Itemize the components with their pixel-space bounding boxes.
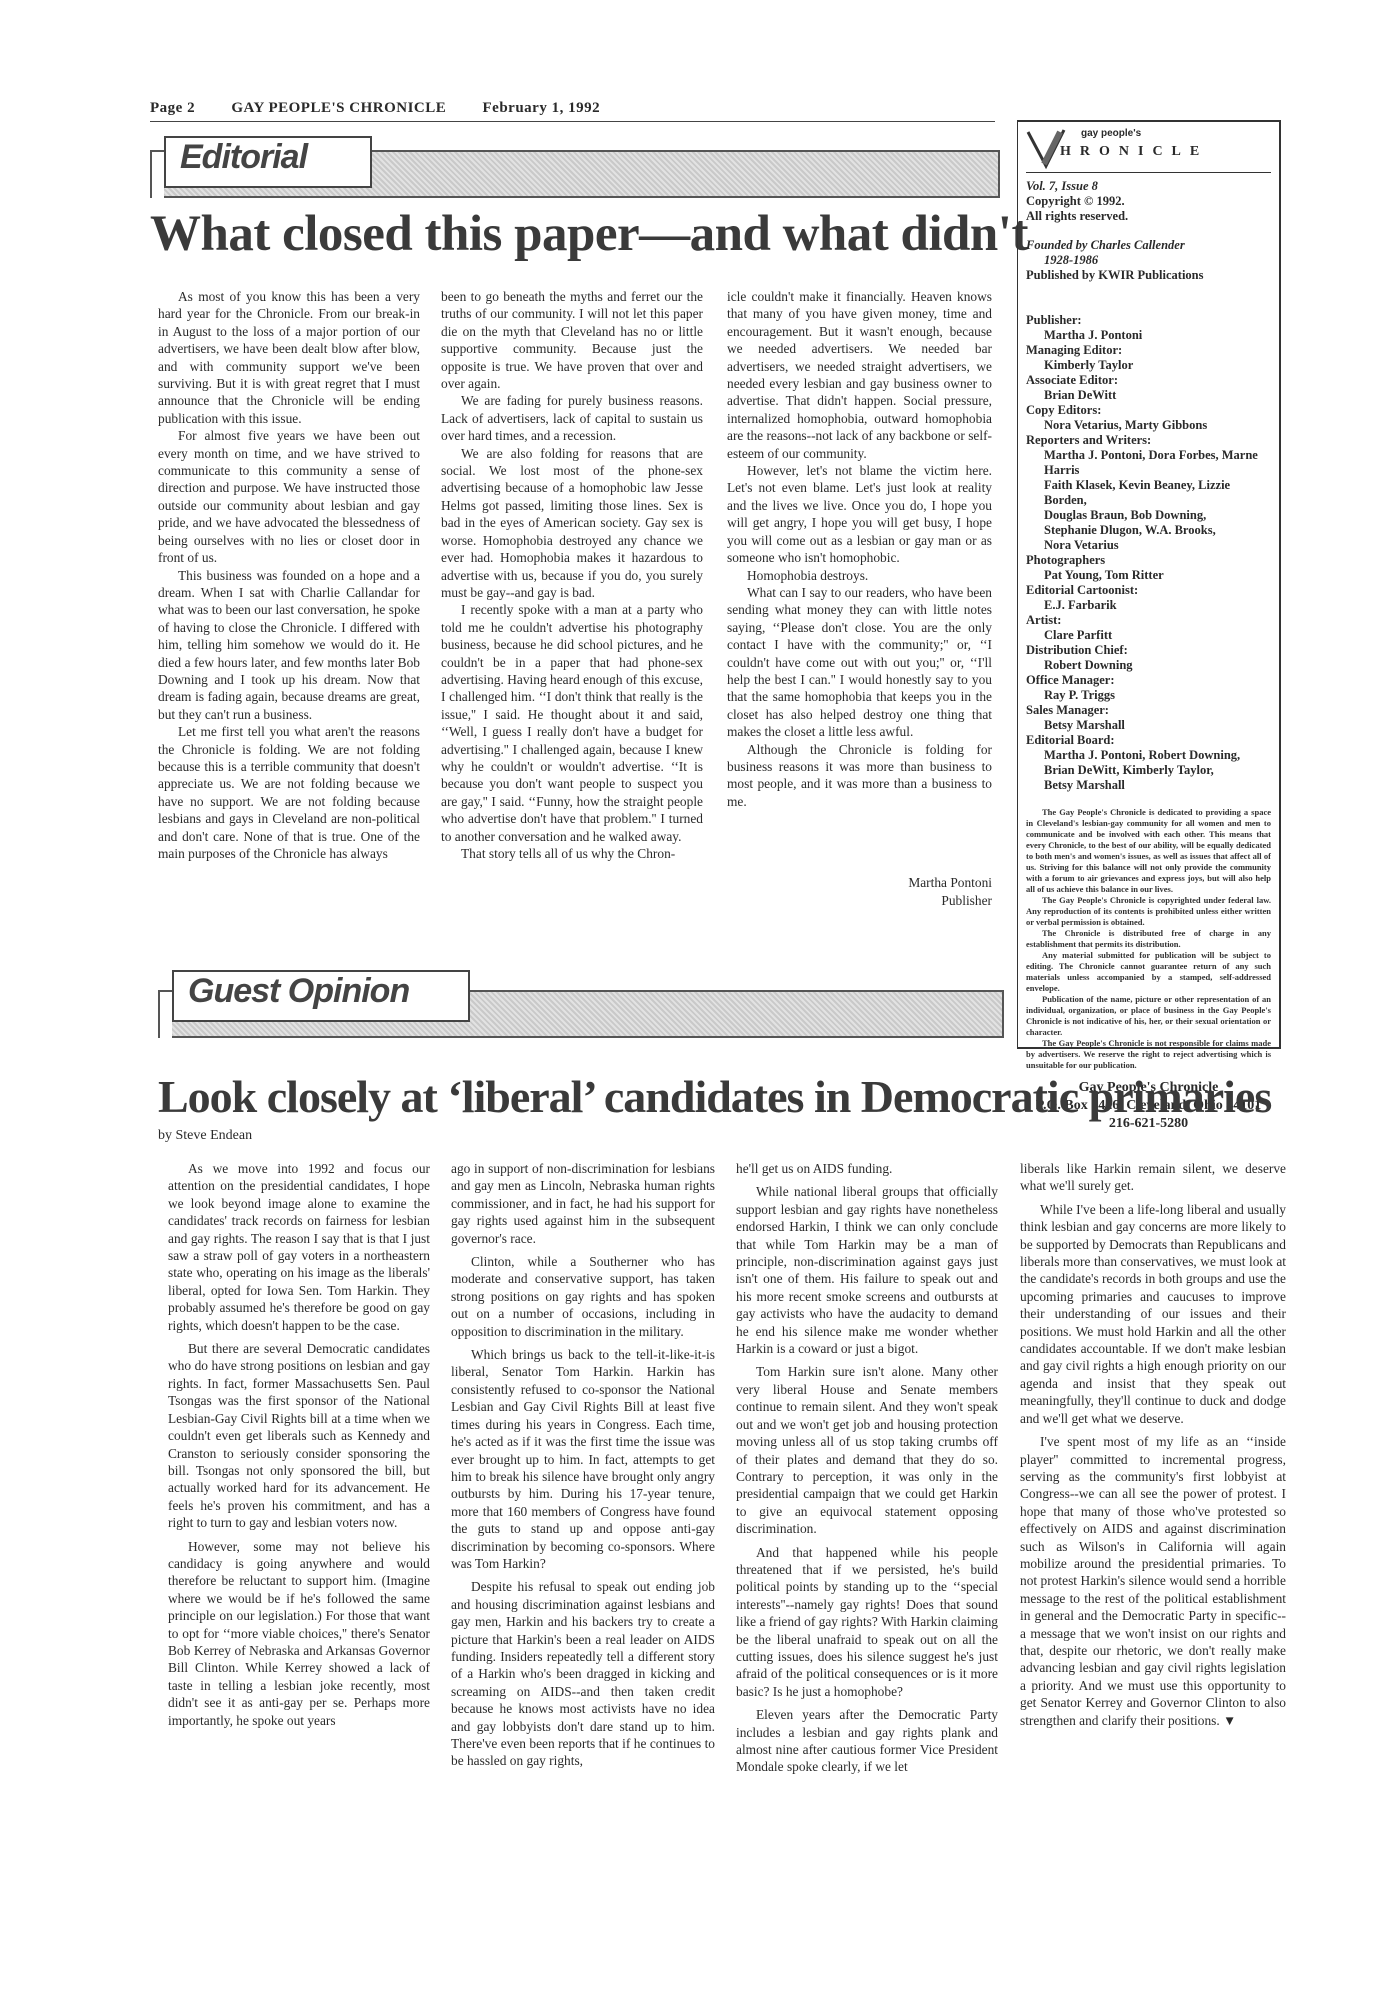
policy-paragraph: The Gay People's Chronicle is not respon… [1026,1038,1271,1071]
staff-names: Martha J. Pontoni, Robert Downing, [1026,748,1271,763]
signature-name: Martha Pontoni [727,874,992,892]
staff-names: Brian DeWitt, Kimberly Taylor, [1026,763,1271,778]
staff-names: Betsy Marshall [1026,778,1271,793]
signature-title: Publisher [727,892,992,910]
issue-date: February 1, 1992 [483,100,601,117]
staff-names: Nora Vetarius, Marty Gibbons [1026,418,1271,433]
paragraph: Clinton, while a Southerner who has mode… [451,1253,715,1340]
staff-names: Betsy Marshall [1026,718,1271,733]
paragraph: I've spent most of my life as an ‘‘insid… [1020,1433,1286,1729]
paragraph: However, let's not blame the victim here… [727,462,992,566]
editorial-column-2: been to go beneath the myths and ferret … [441,288,703,862]
paragraph: liberals like Harkin remain silent, we d… [1020,1160,1286,1195]
staff-role: Associate Editor: [1026,373,1271,388]
guest-column-4: liberals like Harkin remain silent, we d… [1020,1160,1286,1729]
staff-names: Stephanie Dlugon, W.A. Brooks, [1026,523,1271,538]
byline: by Steve Endean [158,1128,252,1144]
paragraph: While national liberal groups that offic… [736,1183,998,1357]
staff-names: Clare Parfitt [1026,628,1271,643]
masthead: gay people's HRONICLE Vol. 7, Issue 8 Co… [1017,120,1281,1049]
guest-column-1: As we move into 1992 and focus our atten… [168,1160,430,1729]
paragraph: But there are several Democratic candida… [168,1340,430,1531]
guest-opinion-banner: Guest Opinion [158,968,1003,1038]
editorial-signature: Martha Pontoni Publisher [727,874,992,910]
staff-role: Editorial Cartoonist: [1026,583,1271,598]
staff-names: Pat Young, Tom Ritter [1026,568,1271,583]
paragraph: icle couldn't make it financially. Heave… [727,288,992,462]
policy-paragraph: Any material submitted for publication w… [1026,950,1271,994]
rights: All rights reserved. [1026,209,1271,224]
paragraph: been to go beneath the myths and ferret … [441,288,703,392]
policy-paragraph: The Gay People's Chronicle is copyrighte… [1026,895,1271,928]
paragraph: As most of you know this has been a very… [158,288,420,427]
paragraph: While I've been a life-long liberal and … [1020,1201,1286,1427]
paragraph: Homophobia destroys. [727,567,992,584]
staff-role: Copy Editors: [1026,403,1271,418]
staff-role: Publisher: [1026,313,1271,328]
paragraph: Eleven years after the Democratic Party … [736,1706,998,1776]
paragraph: Despite his refusal to speak out ending … [451,1578,715,1769]
policy-paragraph: The Chronicle is distributed free of cha… [1026,928,1271,950]
paragraph: For almost five years we have been out e… [158,427,420,566]
paragraph: However, some may not believe his candid… [168,1538,430,1729]
staff-role: Office Manager: [1026,673,1271,688]
staff-names: Faith Klasek, Kevin Beaney, Lizzie Borde… [1026,478,1271,508]
masthead-logo: gay people's HRONICLE [1026,126,1271,173]
logo-word: HRONICLE [1060,144,1208,160]
policy-text: The Gay People's Chronicle is dedicated … [1026,807,1271,1071]
staff-names: Nora Vetarius [1026,538,1271,553]
paper-name: GAY PEOPLE'S CHRONICLE [231,100,446,117]
editorial-column-1: As most of you know this has been a very… [158,288,420,862]
staff-names: Robert Downing [1026,658,1271,673]
paragraph: Which brings us back to the tell-it-like… [451,1346,715,1572]
staff-list: Publisher:Martha J. PontoniManaging Edit… [1026,313,1271,793]
editorial-column-3: icle couldn't make it financially. Heave… [727,288,992,810]
copyright: Copyright © 1992. [1026,194,1271,209]
paragraph: Let me first tell you what aren't the re… [158,723,420,862]
staff-names: Martha J. Pontoni, Dora Forbes, Marne Ha… [1026,448,1271,478]
staff-role: Artist: [1026,613,1271,628]
staff-names: Kimberly Taylor [1026,358,1271,373]
volume: Vol. 7, Issue 8 [1026,179,1271,194]
staff-names: Brian DeWitt [1026,388,1271,403]
staff-names: Martha J. Pontoni [1026,328,1271,343]
paragraph: We are fading for purely business reason… [441,392,703,444]
guest-column-3: he'll get us on AIDS funding.While natio… [736,1160,998,1776]
logo-small-text: gay people's [1081,128,1141,139]
paragraph: he'll get us on AIDS funding. [736,1160,998,1177]
founder-years: 1928-1986 [1026,253,1271,268]
masthead-info: Vol. 7, Issue 8 Copyright © 1992. All ri… [1018,173,1279,1133]
paragraph: Although the Chronicle is folding for bu… [727,741,992,811]
staff-names: Ray P. Triggs [1026,688,1271,703]
founded: Founded by Charles Callender [1026,238,1271,253]
staff-role: Sales Manager: [1026,703,1271,718]
staff-names: E.J. Farbarik [1026,598,1271,613]
paragraph: I recently spoke with a man at a party w… [441,601,703,845]
policy-paragraph: The Gay People's Chronicle is dedicated … [1026,807,1271,895]
editorial-headline: What closed this paper—and what didn't [150,205,1028,263]
guest-opinion-headline: Look closely at ‘liberal’ candidates in … [158,1070,1271,1123]
paragraph: Tom Harkin sure isn't alone. Many other … [736,1363,998,1537]
paragraph: This business was founded on a hope and … [158,567,420,724]
section-label-editorial: Editorial [180,138,307,176]
paragraph: ago in support of non-discrimination for… [451,1160,715,1247]
policy-paragraph: Publication of the name, picture or othe… [1026,994,1271,1038]
staff-role: Editorial Board: [1026,733,1271,748]
staff-names: Douglas Braun, Bob Downing, [1026,508,1271,523]
running-head: Page 2 GAY PEOPLE'S CHRONICLE February 1… [150,100,995,122]
section-label-guest-opinion: Guest Opinion [188,972,409,1010]
paragraph: And that happened while his people threa… [736,1544,998,1701]
published-by: Published by KWIR Publications [1026,268,1271,283]
staff-role: Managing Editor: [1026,343,1271,358]
guest-column-2: ago in support of non-discrimination for… [451,1160,715,1770]
page-number: Page 2 [150,100,195,117]
paragraph: As we move into 1992 and focus our atten… [168,1160,430,1334]
paragraph: We are also folding for reasons that are… [441,445,703,602]
paragraph: What can I say to our readers, who have … [727,584,992,741]
staff-role: Reporters and Writers: [1026,433,1271,448]
staff-role: Photographers [1026,553,1271,568]
editorial-banner: Editorial [150,128,1000,198]
paragraph: That story tells all of us why the Chron… [441,845,703,862]
staff-role: Distribution Chief: [1026,643,1271,658]
